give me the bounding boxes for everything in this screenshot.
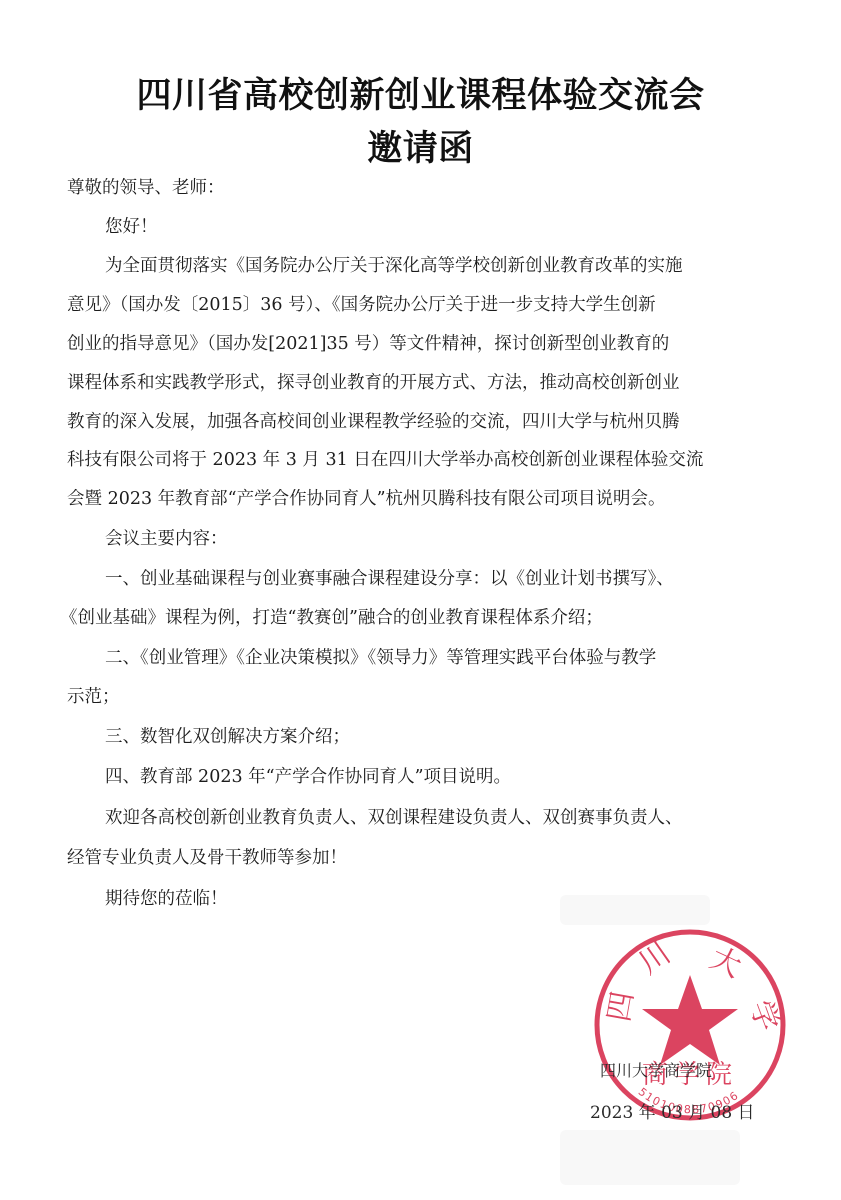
document-title: 四川省高校创新创业课程体验交流会 — [0, 68, 841, 118]
official-seal: 四 川 大 学 商学院 5101008870906 — [590, 925, 790, 1125]
intro-line: 科技有限公司将于 2023 年 3 月 31 日在四川大学举办高校创新创业课程体… — [67, 449, 703, 471]
agenda-item-4: 四、教育部 2023 年“产学合作协同育人”项目说明。 — [105, 766, 511, 788]
closing-line: 期待您的莅临！ — [105, 888, 228, 910]
star-icon — [642, 975, 738, 1065]
signature-date: 2023 年 03 月 08 日 — [590, 1098, 755, 1123]
agenda-item-2: 二、《创业管理》《企业决策模拟》《领导力》等管理实践平台体验与教学 — [105, 647, 656, 669]
scan-artifact — [560, 1130, 740, 1185]
salutation: 尊敬的领导、老师： — [67, 177, 225, 199]
intro-line: 课程体系和实践教学形式，探寻创业教育的开展方式、方法，推动高校创新创业 — [67, 372, 680, 394]
agenda-heading: 会议主要内容： — [105, 528, 228, 550]
seal-char: 四 — [601, 989, 641, 1025]
seal-char: 川 — [633, 936, 678, 982]
agenda-item-3: 三、数智化双创解决方案介绍； — [105, 726, 350, 748]
signature-organization: 四川大学商学院 — [600, 1058, 712, 1081]
greeting: 您好！ — [105, 216, 158, 238]
agenda-item-2-cont: 示范； — [67, 686, 120, 708]
intro-line: 为全面贯彻落实《国务院办公厅关于深化高等学校创新创业教育改革的实施 — [105, 255, 683, 277]
intro-line: 意见》（国办发〔2015〕36 号）、《国务院办公厅关于进一步支持大学生创新 — [67, 294, 656, 316]
welcome-line: 经管专业负责人及骨干教师等参加！ — [67, 847, 347, 869]
welcome-line: 欢迎各高校创新创业教育负责人、双创课程建设负责人、双创赛事负责人、 — [105, 807, 683, 829]
document-subtitle: 邀请函 — [0, 121, 841, 171]
agenda-item-1: 一、创业基础课程与创业赛事融合课程建设分享：以《创业计划书撰写》、 — [105, 568, 674, 590]
scan-artifact — [560, 895, 710, 925]
intro-line: 创业的指导意见》（国办发[2021]35 号）等文件精神，探讨创新型创业教育的 — [67, 333, 669, 355]
intro-line: 会暨 2023 年教育部“产学合作协同育人”杭州贝腾科技有限公司项目说明会。 — [67, 488, 666, 510]
intro-line: 教育的深入发展，加强各高校间创业课程教学经验的交流，四川大学与杭州贝腾 — [67, 411, 680, 433]
agenda-item-1-cont: 《创业基础》课程为例，打造“教赛创”融合的创业教育课程体系介绍； — [60, 607, 603, 629]
